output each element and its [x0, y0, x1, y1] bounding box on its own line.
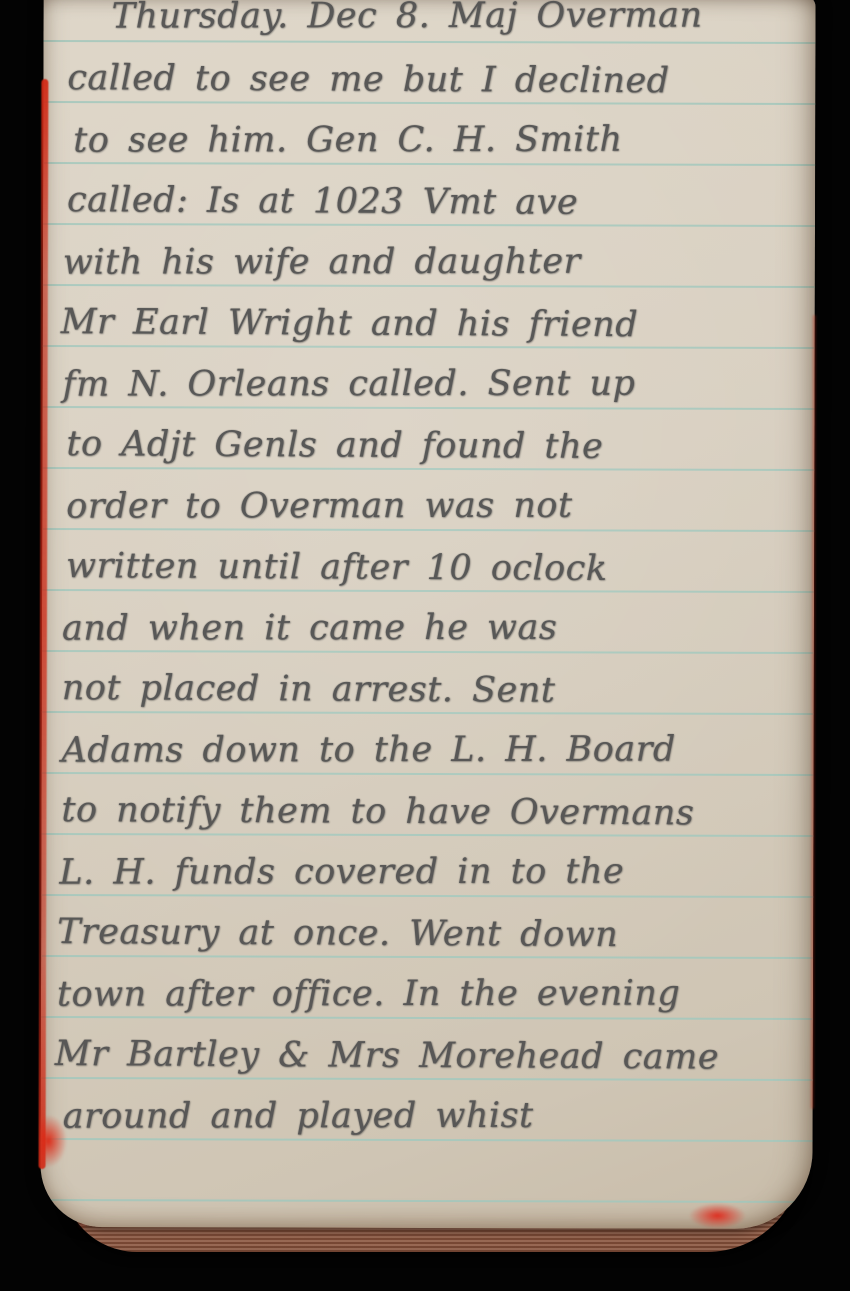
handwriting-line: fm N. Orleans called. Sent up	[53, 354, 809, 413]
handwriting-line: Treasury at once. Went down	[51, 903, 807, 965]
handwriting-line: to Adjt Genls and found the	[52, 415, 808, 477]
handwriting-line: and when it came he was	[52, 598, 808, 657]
handwriting-line: Adams down to the L. H. Board	[52, 720, 808, 779]
handwriting-line: called to see me but I declined	[53, 49, 809, 111]
handwriting-line: called: Is at 1023 Vmt ave	[53, 171, 809, 233]
handwriting-line: to notify them to have Overmans	[51, 781, 807, 843]
handwriting-line: to see him. Gen C. H. Smith	[53, 110, 809, 169]
handwriting-line: with his wife and daughter	[53, 232, 809, 291]
handwriting-line: Thursday. Dec 8. Maj Overman	[54, 0, 810, 46]
handwriting-block: Thursday. Dec 8. Maj Overman called to s…	[40, 0, 815, 1229]
handwriting-line: L. H. funds covered in to the	[51, 842, 807, 901]
photo-background: Thursday. Dec 8. Maj Overman called to s…	[0, 0, 850, 1291]
handwriting-line: town after office. In the evening	[51, 964, 807, 1023]
handwriting-line: order to Overman was not	[52, 476, 808, 535]
handwriting-line: written until after 10 oclock	[52, 537, 808, 599]
handwriting-line: around and played whist	[51, 1086, 807, 1145]
notebook-page: Thursday. Dec 8. Maj Overman called to s…	[40, 0, 815, 1229]
handwriting-line: not placed in arrest. Sent	[52, 659, 808, 721]
handwriting-line: Mr Bartley & Mrs Morehead came	[51, 1025, 807, 1087]
handwriting-line: Mr Earl Wright and his friend	[53, 293, 809, 355]
